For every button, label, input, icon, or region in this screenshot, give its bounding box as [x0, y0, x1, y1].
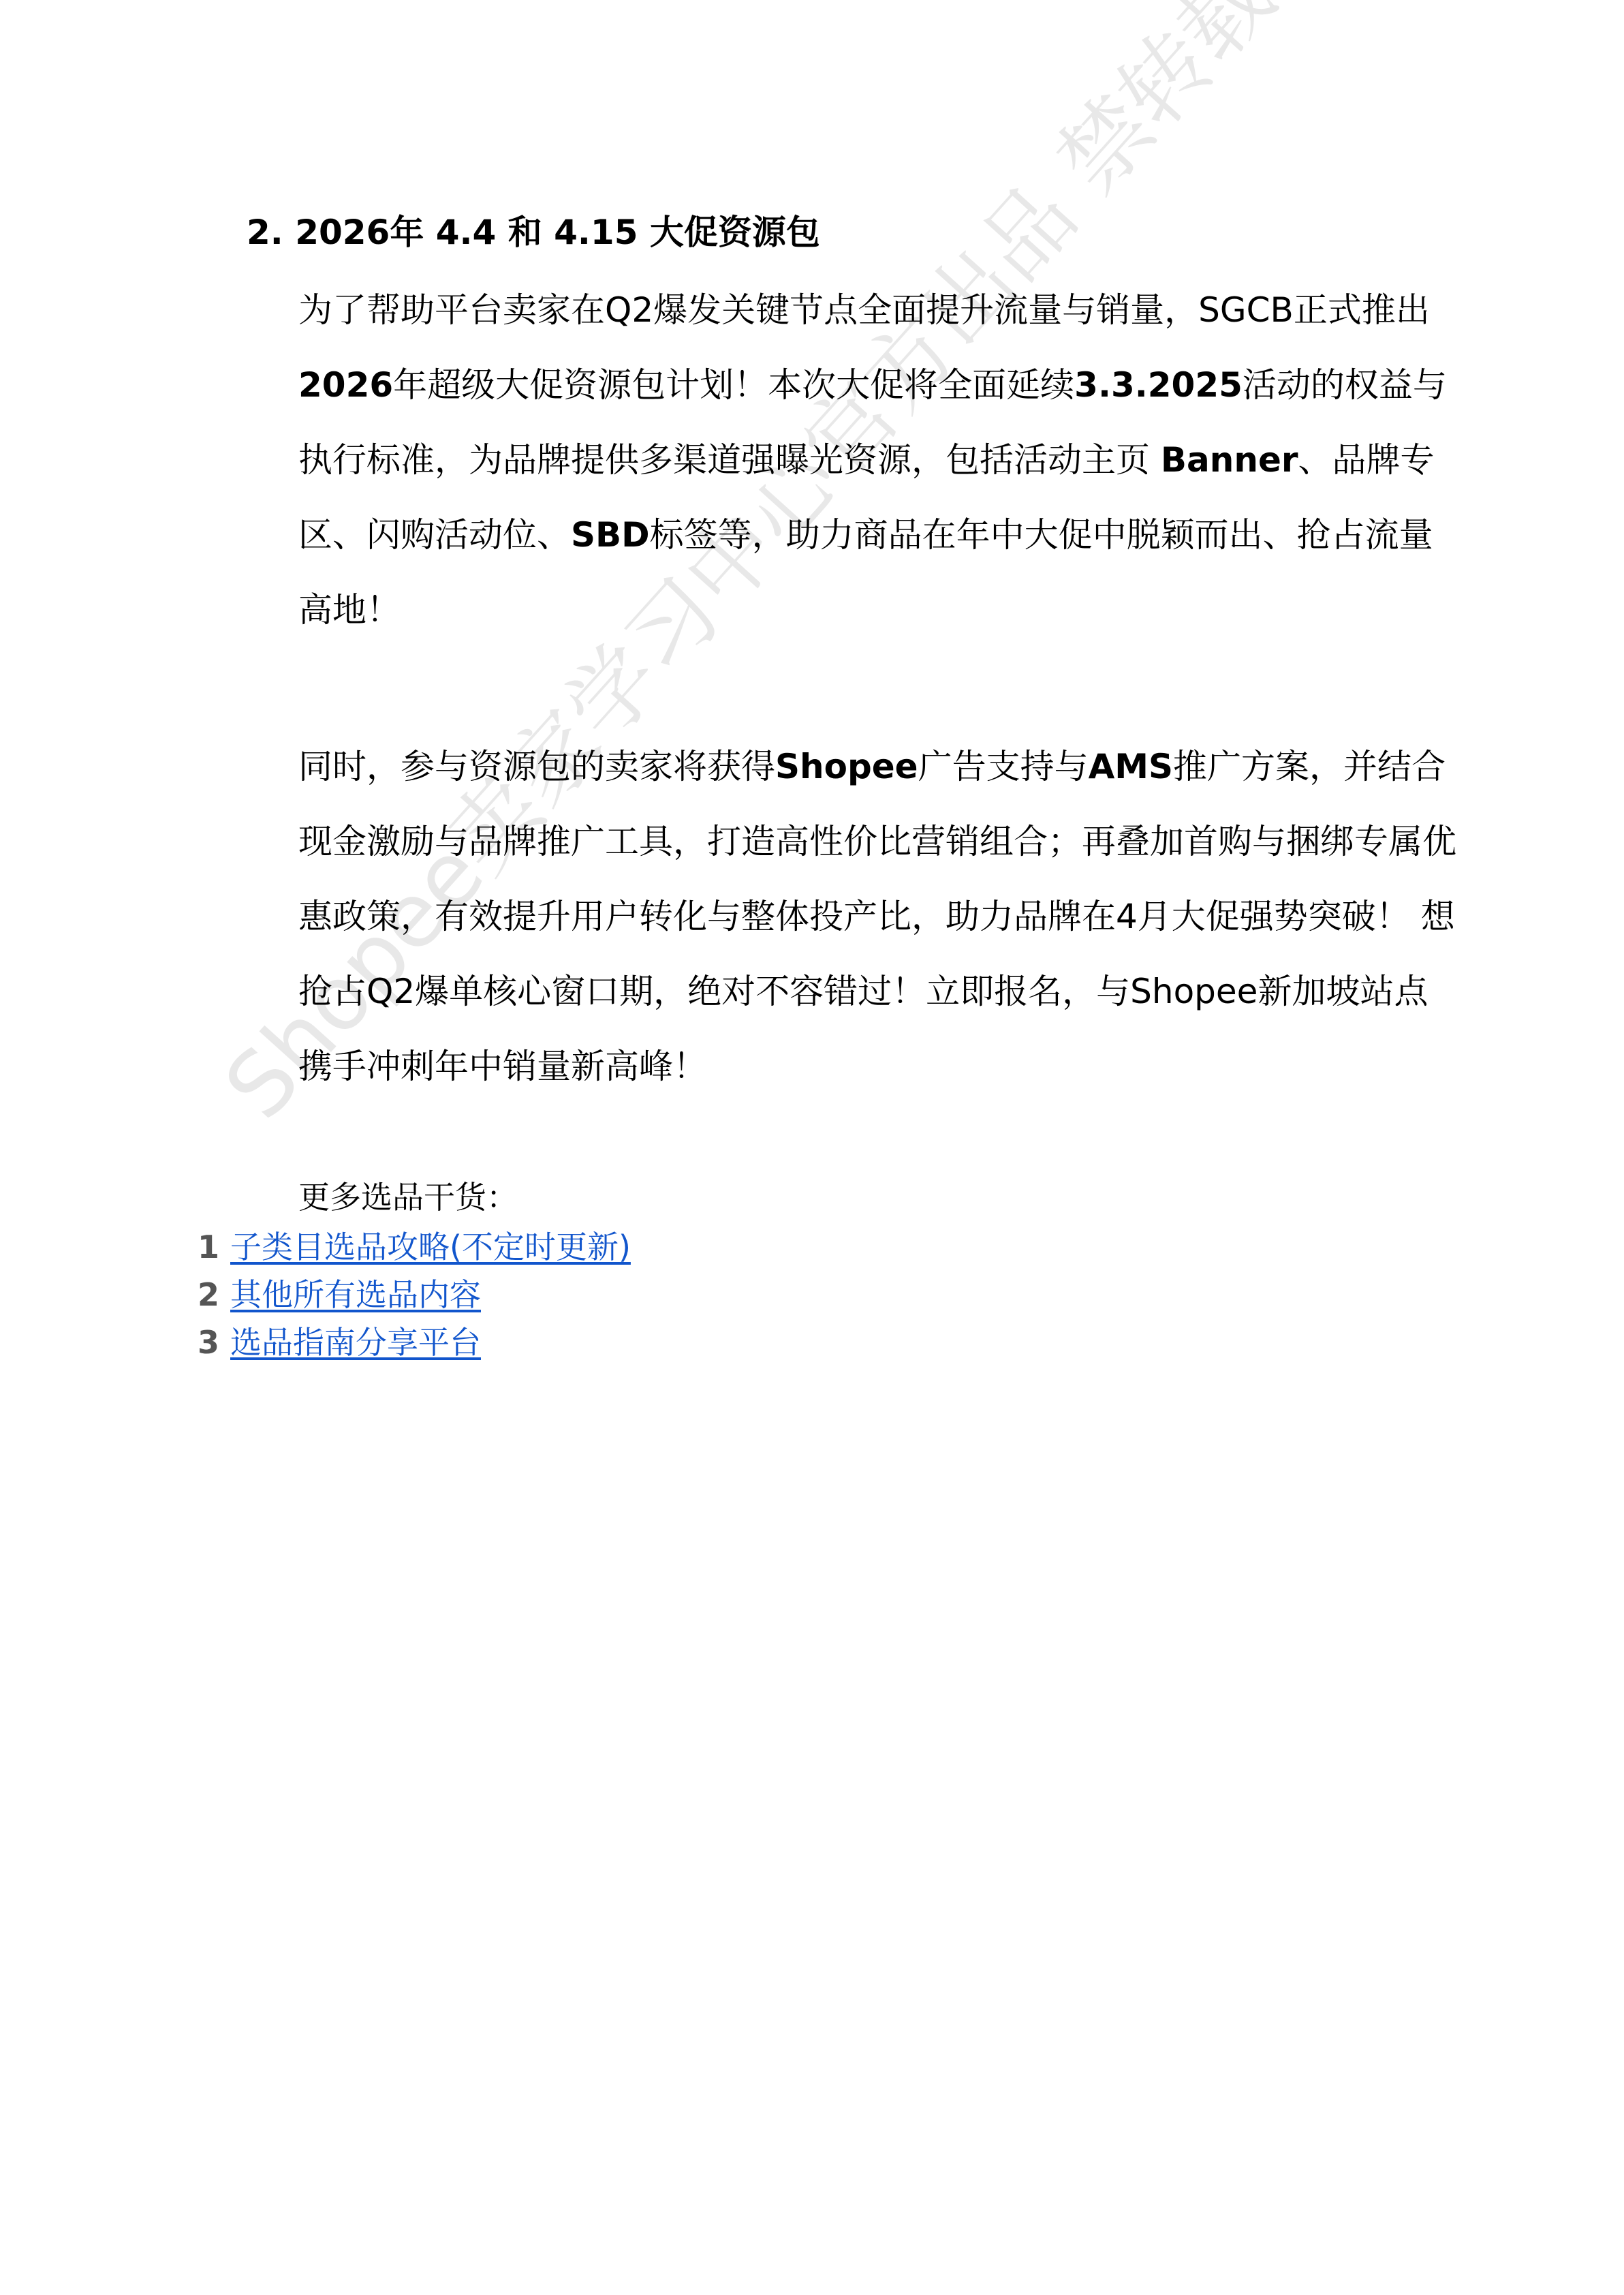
list-number: 2: [198, 1271, 221, 1319]
list-item: 3 选品指南分享平台: [198, 1319, 631, 1366]
section-heading: 2. 2026年 4.4 和 4.15 大促资源包: [247, 208, 820, 257]
text-run: 广告支持与: [918, 747, 1089, 786]
document-page: Shopee卖家学习中心官方出品 禁转载 2. 2026年 4.4 和 4.15…: [0, 0, 1624, 2295]
text-run: 2026: [298, 365, 393, 405]
text-run: 为了帮助平台卖家在Q2爆发关键节点全面提升流量与销量，SGCB正式推出: [298, 290, 1430, 330]
text-run: AMS: [1089, 747, 1173, 786]
list-item: 1 子类目选品攻略(不定时更新): [198, 1223, 631, 1271]
list-number: 1: [198, 1223, 221, 1271]
link-other-content[interactable]: 其他所有选品内容: [230, 1271, 481, 1319]
list-item: 2 其他所有选品内容: [198, 1271, 631, 1319]
link-sharing-platform[interactable]: 选品指南分享平台: [230, 1319, 481, 1366]
text-run: Banner: [1161, 440, 1298, 480]
text-run: SBD: [571, 515, 650, 555]
paragraph-2: 同时，参与资源包的卖家将获得Shopee广告支持与AMS推广方案，并结合现金激励…: [298, 729, 1456, 1104]
list-number: 3: [198, 1319, 221, 1366]
text-run: 同时，参与资源包的卖家将获得: [298, 747, 775, 786]
text-run: 3.3.2025: [1074, 365, 1243, 405]
paragraph-1: 为了帮助平台卖家在Q2爆发关键节点全面提升流量与销量，SGCB正式推出2026年…: [298, 273, 1456, 647]
link-subcategory-guide[interactable]: 子类目选品攻略(不定时更新): [230, 1223, 631, 1271]
more-links-list: 1 子类目选品攻略(不定时更新) 2 其他所有选品内容 3 选品指南分享平台: [198, 1223, 631, 1366]
more-title: 更多选品干货：: [298, 1175, 518, 1219]
text-run: 推广方案，并结合现金激励与品牌推广工具，打造高性价比营销组合；再叠加首购与捆绑专…: [298, 747, 1456, 1086]
text-run: Shopee: [775, 747, 918, 786]
text-run: 年超级大促资源包计划！本次大促将全面延续: [393, 365, 1074, 405]
